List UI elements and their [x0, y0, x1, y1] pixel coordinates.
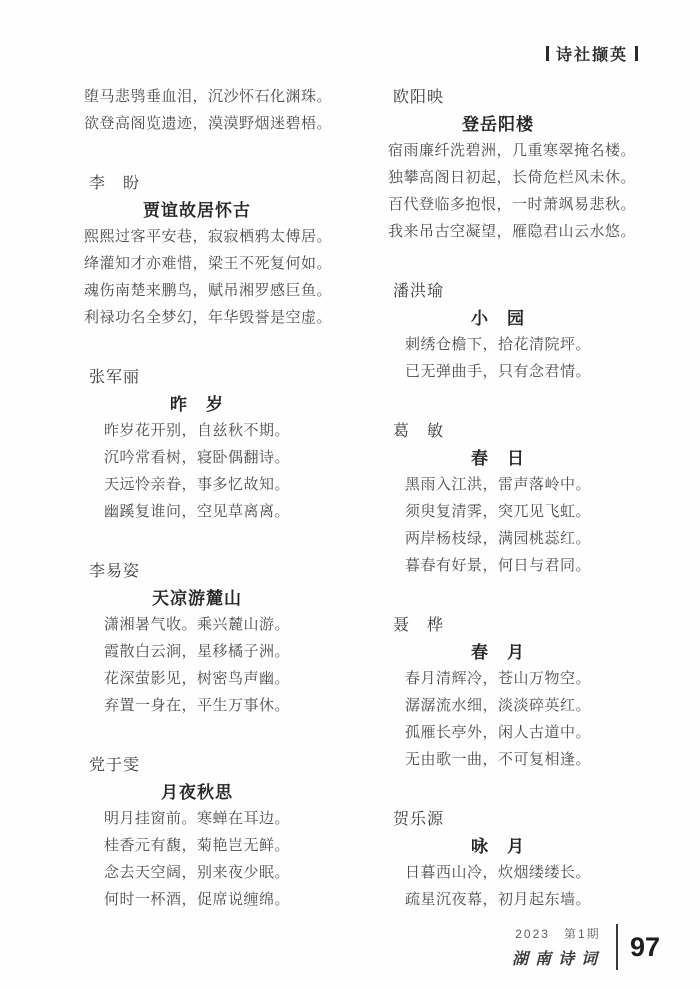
poem-line: 欲登高阁览遗迹，漠漠野烟迷碧梧。 — [84, 111, 310, 138]
page-footer: 2023 第1期 湖南诗词 97 — [512, 924, 660, 970]
poem-block: 欧阳映登岳阳楼宿雨廉纤洗碧洲，几重寒翠掩名楼。独攀高阁日初起，长倚危栏风未休。百… — [388, 84, 608, 246]
poem-line: 疏星沉夜幕，初月起东墙。 — [388, 887, 608, 914]
section-title: 诗社撷英 — [556, 42, 628, 65]
column-right: 欧阳映登岳阳楼宿雨廉纤洗碧洲，几重寒翠掩名楼。独攀高阁日初起，长倚危栏风未休。百… — [388, 84, 608, 914]
poem-title: 小 园 — [388, 305, 608, 332]
poem-line: 日暮西山冷，炊烟缕缕长。 — [388, 860, 608, 887]
poem-author: 李 盼 — [84, 170, 310, 197]
poem-line: 潇湘暑气收。乘兴麓山游。 — [84, 612, 310, 639]
poem-line: 须臾复清霁，突兀见飞虹。 — [388, 499, 608, 526]
poem-line: 明月挂窗前。寒蝉在耳边。 — [84, 806, 310, 833]
poem-line: 两岸杨枝绿，满园桃蕊红。 — [388, 526, 608, 553]
poem-block: 贺乐源咏 月日暮西山冷，炊烟缕缕长。疏星沉夜幕，初月起东墙。 — [388, 806, 608, 914]
poem-block: 聂 桦春 月春月清辉冷，苍山万物空。潺潺流水细，淡淡碎英红。孤雁长亭外，闲人古道… — [388, 612, 608, 774]
poem-author: 贺乐源 — [388, 806, 608, 833]
poem-line: 暮春有好景，何日与君同。 — [388, 553, 608, 580]
poem-title: 春 日 — [388, 445, 608, 472]
section-tag: 诗社撷英 — [546, 42, 638, 65]
poem-line: 无由歌一曲，不可复相逢。 — [388, 747, 608, 774]
poem-line: 我来吊古空凝望，雁隐君山云水悠。 — [388, 219, 608, 246]
poem-title: 春 月 — [388, 639, 608, 666]
poem-author: 聂 桦 — [388, 612, 608, 639]
poem-author: 潘洪瑜 — [388, 278, 608, 305]
poem-line: 潺潺流水细，淡淡碎英红。 — [388, 693, 608, 720]
poem-line: 沉吟常看树，寝卧偶翻诗。 — [84, 445, 310, 472]
journal-name: 湖南诗词 — [512, 946, 604, 969]
poem-line: 昨岁花开别，自兹秋不期。 — [84, 418, 310, 445]
poem-line: 孤雁长亭外，闲人古道中。 — [388, 720, 608, 747]
poem-author: 葛 敏 — [388, 418, 608, 445]
poem-block: 潘洪瑜小 园刺绣仓檐下，拾花清院坪。已无弹曲手，只有念君情。 — [388, 278, 608, 386]
poem-line: 魂伤南楚来鹏鸟，赋吊湘罗感巨鱼。 — [84, 278, 310, 305]
poem-line: 绛灌知才亦难惜，梁王不死复何如。 — [84, 251, 310, 278]
poem-line: 花深萤影见，树密鸟声幽。 — [84, 666, 310, 693]
poem-block: 李 盼贾谊故居怀古熙熙过客平安巷，寂寂栖鸦太傅居。绛灌知才亦难惜，梁王不死复何如… — [84, 170, 310, 332]
poem-line: 堕马悲鸮垂血泪，沉沙怀石化渊珠。 — [84, 84, 310, 111]
poem-line: 何时一杯酒，促席说缠绵。 — [84, 887, 310, 914]
poem-title: 咏 月 — [388, 833, 608, 860]
poem-block: 张军丽昨 岁昨岁花开别，自兹秋不期。沉吟常看树，寝卧偶翻诗。天远怜亲眷，事多忆故… — [84, 364, 310, 526]
poem-title: 贾谊故居怀古 — [84, 197, 310, 224]
poem-line: 独攀高阁日初起，长倚危栏风未休。 — [388, 165, 608, 192]
poem-title: 月夜秋思 — [84, 779, 310, 806]
poem-line: 黑雨入江洪，雷声落岭中。 — [388, 472, 608, 499]
poem-line: 百代登临多抱恨，一时萧飒易悲秋。 — [388, 192, 608, 219]
header-right-bar-icon — [635, 46, 638, 61]
poem-author: 欧阳映 — [388, 84, 608, 111]
poem-line: 已无弹曲手，只有念君情。 — [388, 359, 608, 386]
footer-divider — [616, 924, 618, 970]
poem-title: 天凉游麓山 — [84, 585, 310, 612]
poem-line: 宿雨廉纤洗碧洲，几重寒翠掩名楼。 — [388, 138, 608, 165]
poem-line: 利禄功名全梦幻，年华毁誉是空虚。 — [84, 305, 310, 332]
poem-line: 弃置一身在，平生万事休。 — [84, 693, 310, 720]
poem-line: 刺绣仓檐下，拾花清院坪。 — [388, 332, 608, 359]
poem-line: 幽蹊复谁问，空见草离离。 — [84, 499, 310, 526]
journal-page: 诗社撷英 堕马悲鸮垂血泪，沉沙怀石化渊珠。欲登高阁览遗迹，漠漠野烟迷碧梧。李 盼… — [0, 0, 700, 989]
footer-meta: 2023 第1期 湖南诗词 — [512, 925, 604, 969]
poem-author: 党于雯 — [84, 752, 310, 779]
header-left-bar-icon — [546, 46, 549, 61]
poem-line: 天远怜亲眷，事多忆故知。 — [84, 472, 310, 499]
poem-block: 党于雯月夜秋思明月挂窗前。寒蝉在耳边。桂香元有馥，菊艳岂无鲜。念去天空阔，别来夜… — [84, 752, 310, 914]
poem-block: 李易姿天凉游麓山潇湘暑气收。乘兴麓山游。霞散白云涧，星移橘子洲。花深萤影见，树密… — [84, 558, 310, 720]
page-number: 97 — [630, 932, 660, 963]
poem-block: 葛 敏春 日黑雨入江洪，雷声落岭中。须臾复清霁，突兀见飞虹。两岸杨枝绿，满园桃蕊… — [388, 418, 608, 580]
poem-line: 霞散白云涧，星移橘子洲。 — [84, 639, 310, 666]
poem-line: 熙熙过客平安巷，寂寂栖鸦太傅居。 — [84, 224, 310, 251]
column-left: 堕马悲鸮垂血泪，沉沙怀石化渊珠。欲登高阁览遗迹，漠漠野烟迷碧梧。李 盼贾谊故居怀… — [84, 84, 310, 914]
poem-line: 春月清辉冷，苍山万物空。 — [388, 666, 608, 693]
poem-continuation-block: 堕马悲鸮垂血泪，沉沙怀石化渊珠。欲登高阁览遗迹，漠漠野烟迷碧梧。 — [84, 84, 310, 138]
poem-line: 桂香元有馥，菊艳岂无鲜。 — [84, 833, 310, 860]
poem-author: 李易姿 — [84, 558, 310, 585]
poem-line: 念去天空阔，别来夜少眠。 — [84, 860, 310, 887]
issue-line: 2023 第1期 — [512, 925, 604, 942]
poem-title: 昨 岁 — [84, 391, 310, 418]
poem-author: 张军丽 — [84, 364, 310, 391]
poem-title: 登岳阳楼 — [388, 111, 608, 138]
